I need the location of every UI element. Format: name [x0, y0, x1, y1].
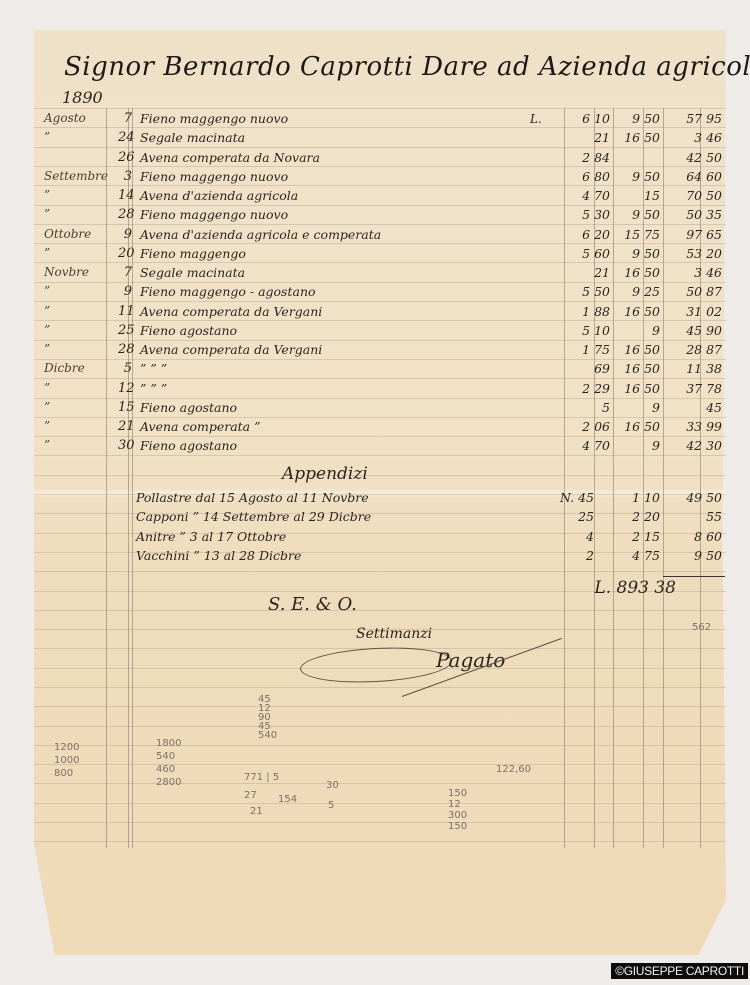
- appendix-price: 2 20: [632, 509, 660, 524]
- entry-amount: 11 38: [686, 361, 722, 376]
- entry-day: 3: [118, 169, 132, 184]
- entry-price: 9 50: [632, 111, 660, 126]
- pencil-figure: 154: [278, 794, 297, 805]
- copyright-watermark: ©GIUSEPPE CAPROTTI: [611, 963, 748, 979]
- appendix-description: Pollastre dal 15 Agosto al 11 Novbre: [136, 490, 369, 505]
- entry-quantity: 5 30: [582, 207, 610, 222]
- pencil-figure: 800: [54, 768, 73, 779]
- entry-amount: 3 46: [694, 130, 722, 145]
- entry-price: 16 50: [624, 381, 660, 396]
- entry-price: 15: [644, 188, 660, 203]
- appendix-quantity: N. 45: [560, 490, 594, 505]
- pencil-figure: 771 | 5: [244, 772, 279, 783]
- entry-day: 9: [118, 227, 132, 242]
- entry-description: Fieno agostano: [140, 438, 237, 453]
- entry-quantity: 4 70: [582, 188, 610, 203]
- ruled-line: [34, 726, 726, 727]
- entry-description: Fieno maggengo: [140, 246, 246, 261]
- entry-description: Avena comperata ”: [140, 419, 261, 434]
- entry-day: 7: [118, 265, 132, 280]
- ruled-line: [34, 224, 726, 225]
- entry-amount: 53 20: [686, 246, 722, 261]
- entry-amount: 97 65: [686, 227, 722, 242]
- entry-day: 28: [118, 342, 132, 357]
- entry-description: Fieno agostano: [140, 400, 237, 415]
- entry-day: 12: [118, 381, 132, 396]
- entry-price: 9 50: [632, 246, 660, 261]
- entry-description: Fieno maggengo nuovo: [140, 207, 288, 222]
- entry-amount: 64 60: [686, 169, 722, 184]
- entry-price: 16 50: [624, 361, 660, 376]
- entry-quantity: 5 50: [582, 284, 610, 299]
- entry-month: Novbre: [44, 265, 116, 279]
- entry-amount: 37 78: [686, 381, 722, 396]
- entry-quantity: 2 84: [582, 150, 610, 165]
- pencil-figure: 540: [258, 730, 277, 741]
- pencil-figure: 12: [448, 799, 461, 810]
- pencil-figure: 1800: [156, 738, 181, 749]
- entry-day: 14: [118, 188, 132, 203]
- section-title: Appendizi: [282, 464, 368, 484]
- ruled-line: [34, 745, 726, 746]
- entry-quantity: 1 75: [582, 342, 610, 357]
- ruled-line: [34, 571, 726, 572]
- column-rule: [613, 108, 614, 848]
- ruled-line: [34, 108, 726, 109]
- entry-price: 16 50: [624, 265, 660, 280]
- entry-description: Segale macinata: [140, 265, 245, 280]
- appendix-description: Vacchini ” 13 al 28 Dicbre: [136, 548, 301, 563]
- ruled-line: [34, 205, 726, 206]
- document-year: 1890: [62, 88, 103, 107]
- pencil-figure: 27: [244, 790, 257, 801]
- pencil-figure: 300: [448, 810, 467, 821]
- entry-quantity: 4 70: [582, 438, 610, 453]
- ruled-line: [34, 841, 726, 842]
- appendix-description: Capponi ” 14 Settembre al 29 Dicbre: [136, 509, 371, 524]
- ruled-line: [34, 320, 726, 321]
- appendix-amount: 8 60: [694, 529, 722, 544]
- closing-mark: S. E. & O.: [268, 594, 357, 615]
- column-rule: [564, 108, 565, 848]
- entry-month: ”: [44, 284, 116, 298]
- entry-description: ” ” ”: [140, 381, 167, 396]
- ruled-line: [34, 417, 726, 418]
- appendix-description: Anitre ” 3 al 17 Ottobre: [136, 529, 286, 544]
- entry-quantity: 1 88: [582, 304, 610, 319]
- entry-day: 26: [118, 150, 132, 165]
- ruled-line: [34, 166, 726, 167]
- ruled-line: [34, 340, 726, 341]
- pencil-figure: 150: [448, 821, 467, 832]
- entry-quantity: 21: [594, 265, 610, 280]
- entry-amount: 28 87: [686, 342, 722, 357]
- entry-quantity: 5 10: [582, 323, 610, 338]
- pencil-figure: 460: [156, 764, 175, 775]
- entry-amount: 33 99: [686, 419, 722, 434]
- entry-amount: 70 50: [686, 188, 722, 203]
- entry-day: 9: [118, 284, 132, 299]
- currency-header: L.: [530, 112, 542, 126]
- entry-price: 16 50: [624, 342, 660, 357]
- entry-description: Avena comperata da Vergani: [140, 304, 322, 319]
- entry-price: 9: [652, 323, 660, 338]
- entry-price: 9 25: [632, 284, 660, 299]
- entry-description: Fieno maggengo - agostano: [140, 284, 316, 299]
- ruled-line: [34, 282, 726, 283]
- ruled-line: [34, 127, 726, 128]
- ruled-line: [34, 185, 726, 186]
- entry-month: ”: [44, 342, 116, 356]
- appendix-amount: 49 50: [686, 490, 722, 505]
- appendix-quantity: 2: [586, 548, 594, 563]
- entry-quantity: 21: [594, 130, 610, 145]
- pencil-figure: 150: [448, 788, 467, 799]
- entry-quantity: 69: [594, 361, 610, 376]
- entry-description: Fieno maggengo nuovo: [140, 169, 288, 184]
- pencil-note: 562: [692, 622, 711, 633]
- entry-amount: 50 35: [686, 207, 722, 222]
- entry-month: ”: [44, 207, 116, 221]
- ruled-line: [34, 455, 726, 456]
- entry-month: Ottobre: [44, 227, 116, 241]
- pencil-figure: 5: [328, 800, 334, 811]
- pencil-figure: 1000: [54, 755, 79, 766]
- entry-day: 25: [118, 323, 132, 338]
- ruled-line: [34, 610, 726, 611]
- document-title: Signor Bernardo Caprotti Dare ad Azienda…: [64, 52, 750, 82]
- entry-month: ”: [44, 419, 116, 433]
- signature-paid: Pagato: [436, 648, 505, 672]
- signature-name: Settimanzi: [356, 626, 432, 642]
- entry-quantity: 6 20: [582, 227, 610, 242]
- pencil-figure: 540: [156, 751, 175, 762]
- entry-amount: 31 02: [686, 304, 722, 319]
- entry-price: 9 50: [632, 207, 660, 222]
- entry-quantity: 5 60: [582, 246, 610, 261]
- entry-day: 20: [118, 246, 132, 261]
- entry-amount: 45: [706, 400, 722, 415]
- entry-quantity: 6 80: [582, 169, 610, 184]
- entry-quantity: 6 10: [582, 111, 610, 126]
- entry-price: 9: [652, 400, 660, 415]
- appendix-quantity: 4: [586, 529, 594, 544]
- entry-amount: 57 95: [686, 111, 722, 126]
- appendix-price: 2 15: [632, 529, 660, 544]
- entry-day: 28: [118, 207, 132, 222]
- ruled-line: [34, 764, 726, 765]
- entry-day: 21: [118, 419, 132, 434]
- entry-quantity: 2 06: [582, 419, 610, 434]
- ruled-line: [34, 436, 726, 437]
- entry-amount: 3 46: [694, 265, 722, 280]
- ruled-line: [34, 475, 726, 476]
- entry-day: 15: [118, 400, 132, 415]
- entry-month: ”: [44, 438, 116, 452]
- entry-day: 5: [118, 361, 132, 376]
- entry-month: ”: [44, 188, 116, 202]
- appendix-price: 4 75: [632, 548, 660, 563]
- entry-day: 7: [118, 111, 132, 126]
- grand-total: L. 893 38: [594, 578, 676, 598]
- entry-description: Avena comperata da Novara: [140, 150, 320, 165]
- entry-month: Dicbre: [44, 361, 116, 375]
- entry-price: 9: [652, 438, 660, 453]
- pencil-figure: 30: [326, 780, 339, 791]
- ruled-line: [34, 301, 726, 302]
- entry-description: Avena d'azienda agricola: [140, 188, 298, 203]
- entry-amount: 50 87: [686, 284, 722, 299]
- ruled-line: [34, 378, 726, 379]
- entry-price: 16 50: [624, 304, 660, 319]
- pencil-figure: 1200: [54, 742, 79, 753]
- ruled-line: [34, 147, 726, 148]
- entry-month: ”: [44, 130, 116, 144]
- appendix-amount: 9 50: [694, 548, 722, 563]
- entry-amount: 42 50: [686, 150, 722, 165]
- entry-day: 24: [118, 130, 132, 145]
- entry-day: 30: [118, 438, 132, 453]
- ruled-line: [34, 706, 726, 707]
- entry-price: 16 50: [624, 130, 660, 145]
- entry-day: 11: [118, 304, 132, 319]
- entry-description: Avena comperata da Vergani: [140, 342, 322, 357]
- entry-amount: 42 30: [686, 438, 722, 453]
- entry-month: ”: [44, 304, 116, 318]
- ruled-line: [34, 822, 726, 823]
- entry-description: Segale macinata: [140, 130, 245, 145]
- pencil-figure: 2800: [156, 777, 181, 788]
- entry-price: 16 50: [624, 419, 660, 434]
- entry-description: ” ” ”: [140, 361, 167, 376]
- ruled-line: [34, 803, 726, 804]
- entry-month: ”: [44, 400, 116, 414]
- entry-quantity: 2 29: [582, 381, 610, 396]
- entry-amount: 45 90: [686, 323, 722, 338]
- entry-month: Settembre: [44, 169, 116, 183]
- entry-price: 15 75: [624, 227, 660, 242]
- pencil-figure: 122,60: [496, 764, 531, 775]
- entry-month: ”: [44, 381, 116, 395]
- entry-month: Agosto: [44, 111, 116, 125]
- entry-description: Avena d'azienda agricola e comperata: [140, 227, 381, 242]
- pencil-figure: 21: [250, 806, 263, 817]
- appendix-quantity: 25: [578, 509, 594, 524]
- entry-month: ”: [44, 323, 116, 337]
- ruled-line: [34, 359, 726, 360]
- appendix-price: 1 10: [632, 490, 660, 505]
- entry-description: Fieno maggengo nuovo: [140, 111, 288, 126]
- column-rule: [663, 108, 664, 848]
- total-rule: [663, 576, 725, 577]
- ruled-line: [34, 243, 726, 244]
- entry-description: Fieno agostano: [140, 323, 237, 338]
- entry-quantity: 5: [602, 400, 610, 415]
- ruled-line: [34, 262, 726, 263]
- entry-month: ”: [44, 246, 116, 260]
- ruled-line: [34, 783, 726, 784]
- appendix-amount: 55: [706, 509, 722, 524]
- ruled-line: [34, 687, 726, 688]
- entry-price: 9 50: [632, 169, 660, 184]
- ruled-line: [34, 398, 726, 399]
